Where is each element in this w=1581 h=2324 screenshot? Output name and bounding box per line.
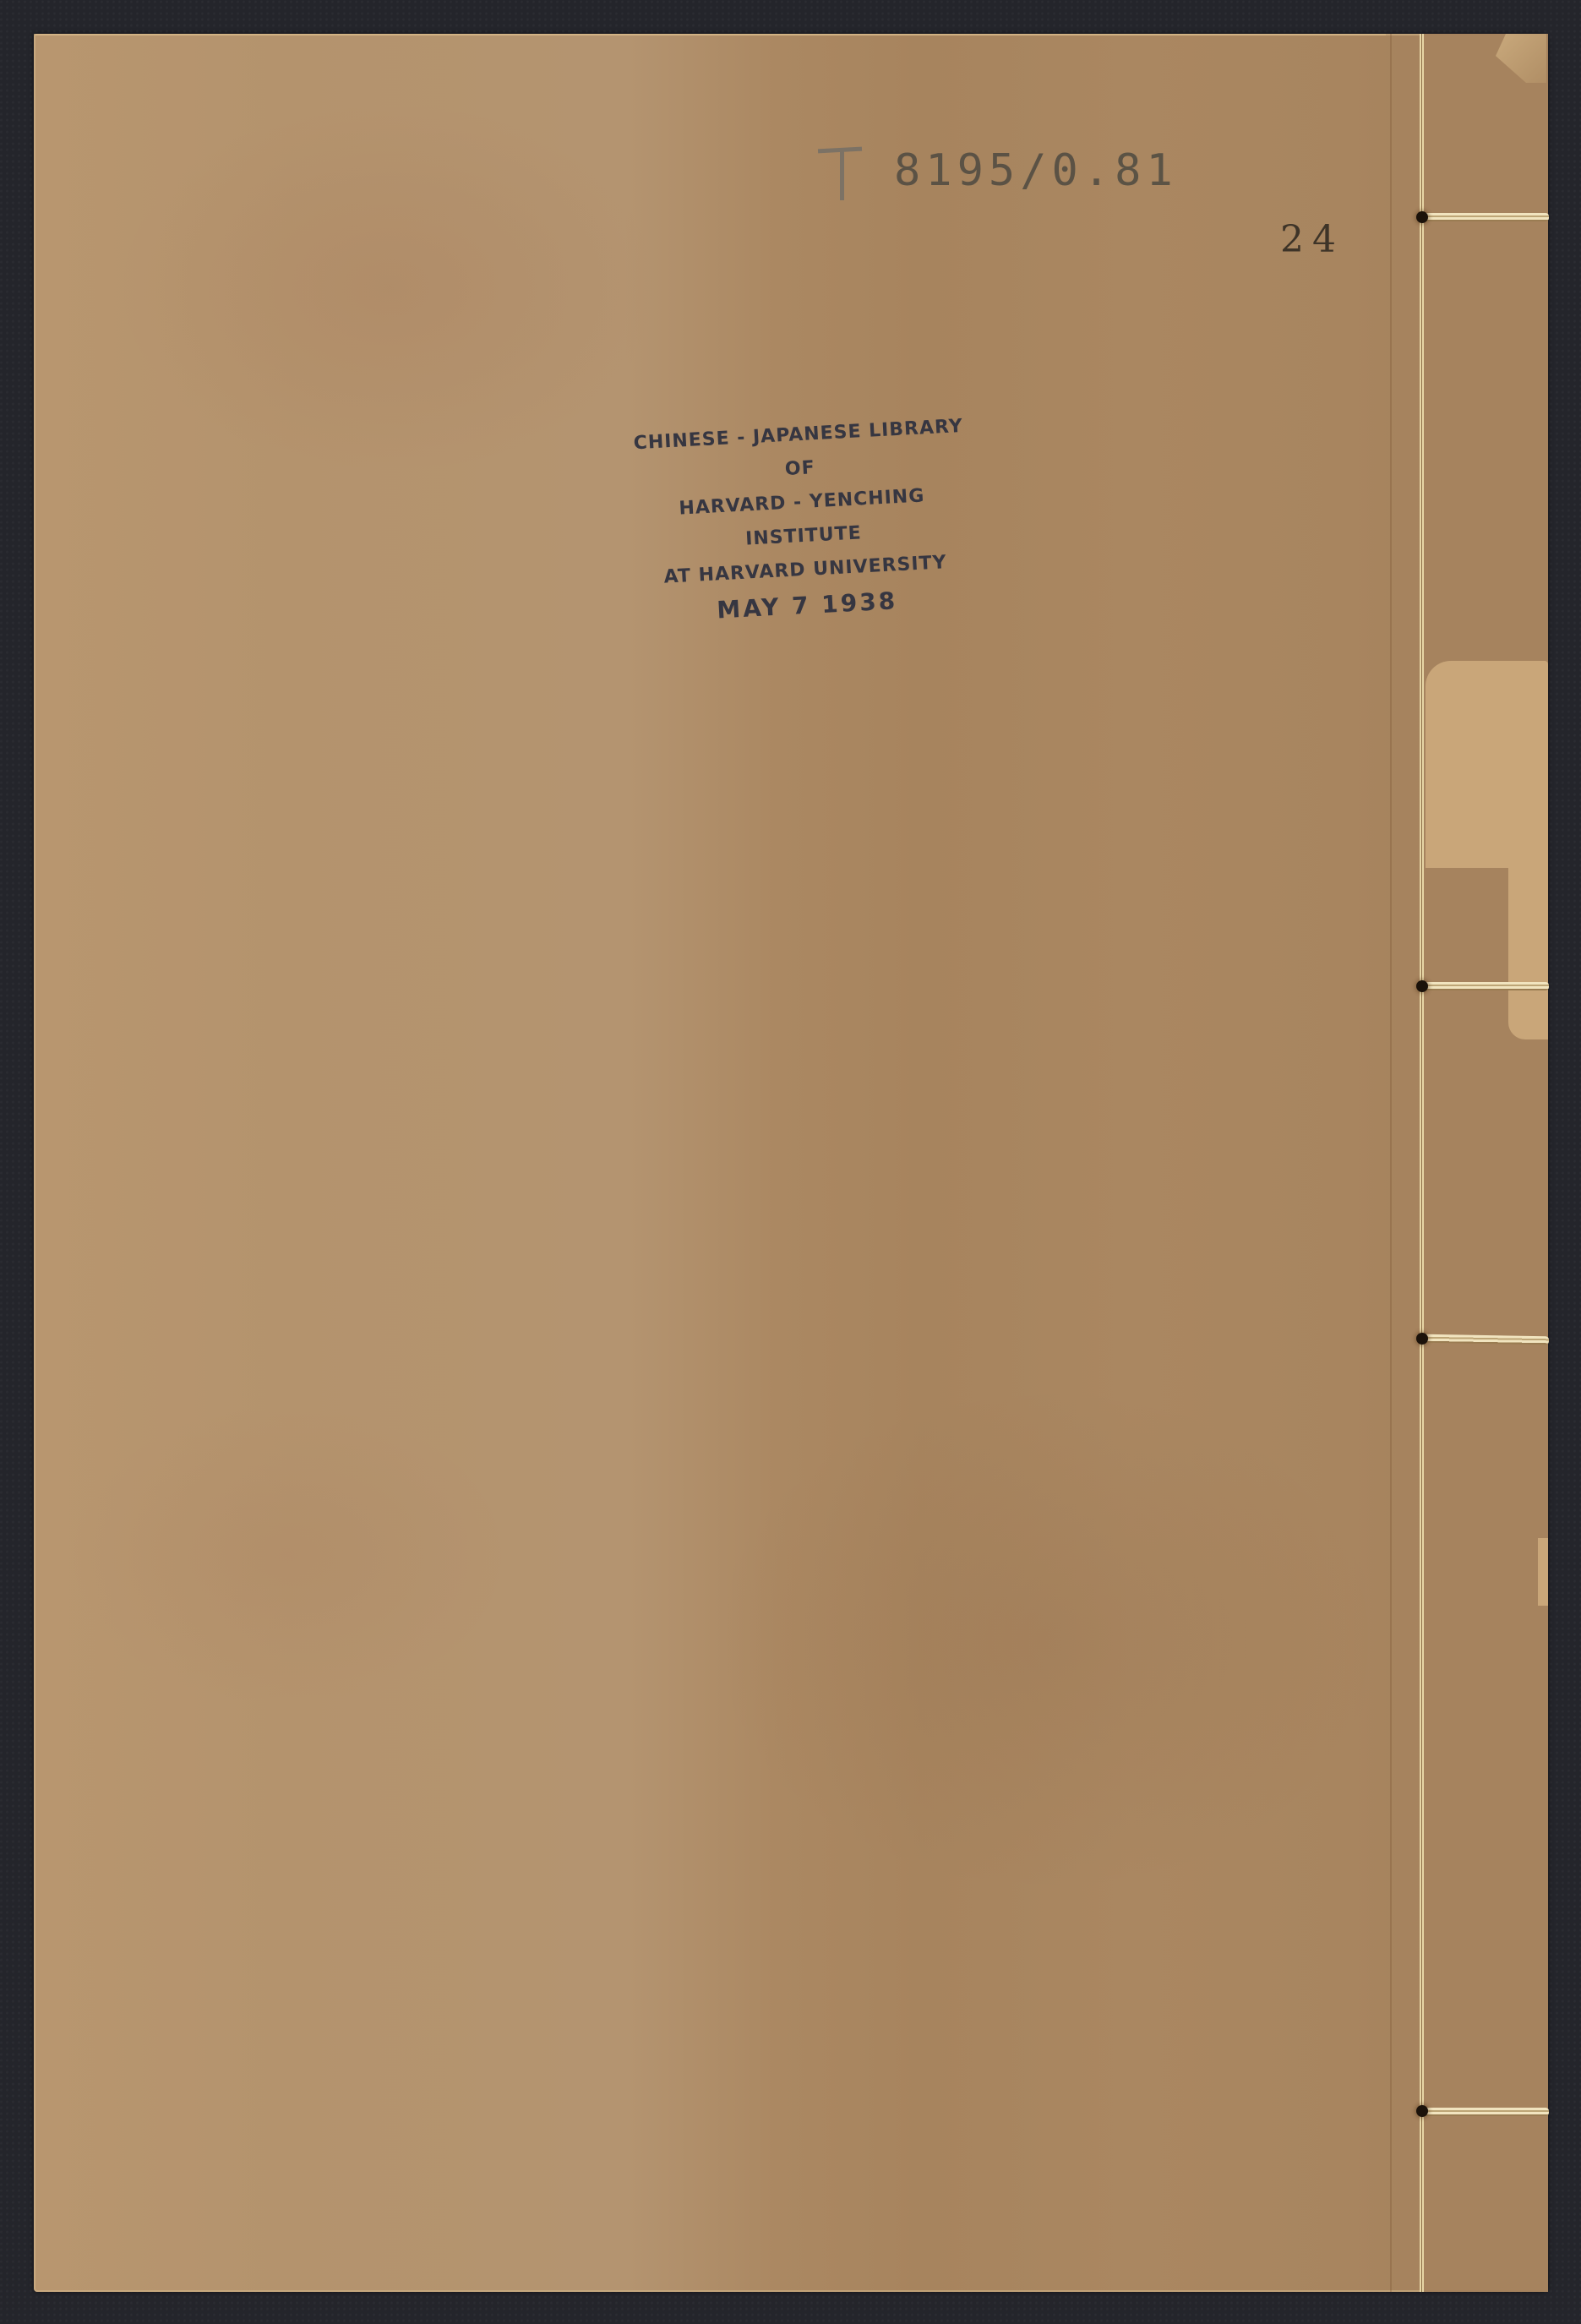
pencil-t-mark xyxy=(818,139,862,199)
binding-stitch-1 xyxy=(1422,213,1549,221)
binding-thread-vertical xyxy=(1418,34,1426,2292)
book-cover-page xyxy=(34,34,1548,2292)
worn-patch xyxy=(1426,661,1548,868)
page-top-edge xyxy=(34,34,1386,41)
worn-patch xyxy=(1508,862,1548,1039)
stitch-hole-4 xyxy=(1416,2105,1428,2117)
worn-patch xyxy=(1538,1538,1548,1606)
spine-fold-line xyxy=(1390,34,1392,2292)
volume-number: 24 xyxy=(1280,218,1344,261)
binding-stitch-2 xyxy=(1422,982,1549,990)
spine-strip xyxy=(1422,34,1548,2292)
binding-stitch-4 xyxy=(1422,2108,1549,2116)
call-number: 8195/0.81 xyxy=(894,145,1178,196)
library-stamp: CHINESE - JAPANESE LIBRARY OF HARVARD - … xyxy=(620,409,985,632)
stitch-hole-2 xyxy=(1416,980,1428,992)
stitch-hole-1 xyxy=(1416,211,1428,223)
stitch-hole-3 xyxy=(1416,1333,1428,1345)
